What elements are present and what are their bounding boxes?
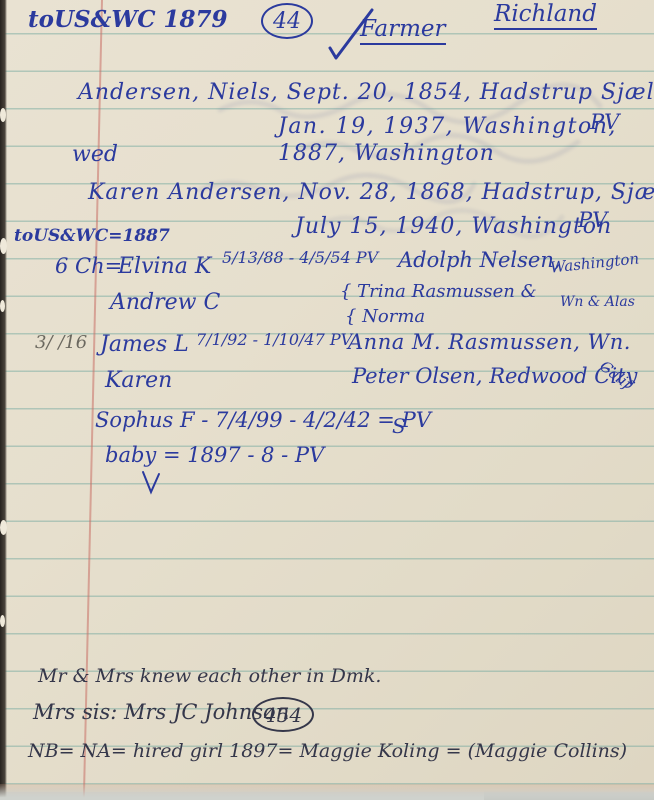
- child-name: Sophus F - 7/4/99 - 4/2/42 = PV: [95, 408, 431, 432]
- child-spouse: { Norma: [345, 306, 425, 327]
- note-line: Mr & Mrs knew each other in Dmk.: [38, 665, 381, 687]
- location: Richland: [494, 1, 597, 30]
- child-spouse: Anna M. Rasmussen, Wn.: [348, 330, 631, 354]
- note-line: NB= NA= hired girl 1897= Maggie Koling =…: [28, 740, 627, 762]
- principal-death: Jan. 19, 1937, Washington,: [278, 114, 617, 139]
- immigration-code: toUS&WC 1879: [28, 6, 228, 33]
- spouse-death: July 15, 1940, Washington: [295, 214, 612, 239]
- child-dates: 5/13/88 - 4/5/54 PV: [222, 248, 378, 267]
- child-name: Karen: [105, 368, 172, 393]
- principal-name-birth: Andersen, Niels, Sept. 20, 1854, Hadstru…: [78, 80, 654, 105]
- principal-death-code: PV: [590, 110, 619, 134]
- wed-detail: 1887, Washington: [278, 141, 495, 166]
- children-count-label: 6 Ch=: [55, 254, 122, 278]
- scanned-ledger-page: toUS&WC 1879 44 Farmer Richland Andersen…: [0, 0, 654, 800]
- child-status: S: [392, 414, 406, 438]
- page-number-circled: 44: [261, 3, 313, 39]
- child-name: Elvina K: [118, 254, 211, 279]
- child-name: James L: [100, 332, 189, 357]
- cross-reference-circled: 454: [252, 697, 314, 732]
- edge-chip: [0, 520, 7, 535]
- child-dates: 7/1/92 - 1/10/47 PV: [196, 330, 352, 349]
- child-spouse: Adolph Nelsen,: [398, 248, 561, 272]
- scanner-background: [484, 790, 654, 800]
- child-spouse: Peter Olsen, Redwood City: [352, 364, 637, 388]
- child-name: Andrew C: [110, 290, 220, 315]
- note-line: Mrs sis: Mrs JC Johnson: [33, 700, 289, 724]
- edge-chip: [0, 615, 5, 627]
- edge-chip: [0, 108, 6, 122]
- child-spouse: { Trina Rasmussen &: [340, 281, 537, 302]
- spouse-name-birth: Karen Andersen, Nov. 28, 1868, Hadstrup,…: [88, 180, 654, 205]
- edge-chip: [0, 300, 5, 312]
- spouse-immigration-code: toUS&WC=1887: [14, 226, 170, 246]
- descender-stroke: [140, 470, 162, 496]
- child-name: baby = 1897 - 8 - PV: [105, 443, 324, 467]
- margin-note: 3/ /16: [35, 332, 87, 353]
- spouse-death-code: PV: [578, 208, 607, 232]
- edge-chip: [0, 238, 7, 254]
- occupation: Farmer: [360, 16, 446, 45]
- child-residence: Wn & Alas: [560, 294, 635, 310]
- wed-label: wed: [72, 142, 118, 167]
